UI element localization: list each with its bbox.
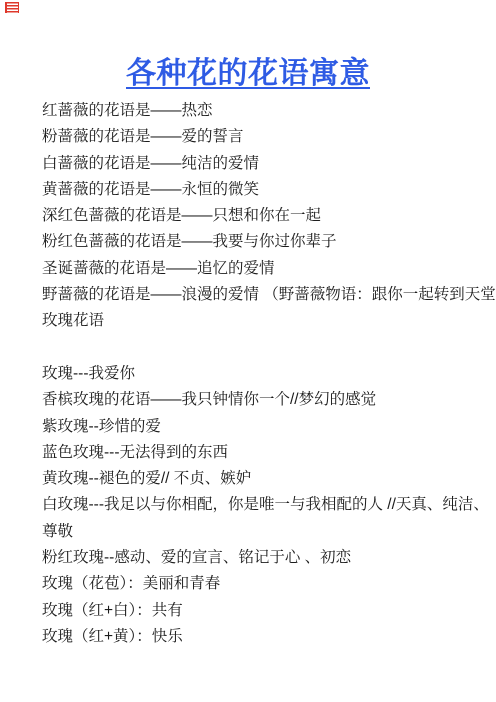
text-line: 黄玫瑰--褪色的爱// 不贞、嫉妒 [42, 466, 476, 492]
text-line: 圣诞蔷薇的花语是——追忆的爱情 [42, 256, 476, 282]
red-corner-mark-icon [5, 2, 19, 13]
text-line: 尊敬 [42, 519, 476, 545]
text-line: 深红色蔷薇的花语是——只想和你在一起 [42, 203, 476, 229]
text-line: 玫瑰（红+黄）：快乐 [42, 624, 476, 650]
text-line: 蓝色玫瑰---无法得到的东西 [42, 440, 476, 466]
text-line: 白玫瑰---我足以与你相配，你是唯一与我相配的人 //天真、纯洁、 [42, 492, 476, 518]
text-line: 香槟玫瑰的花语——我只钟情你一个//梦幻的感觉 [42, 387, 476, 413]
document-page: 各种花的花语寓意 红蔷薇的花语是——热恋粉蔷薇的花语是——爱的誓言白蔷薇的花语是… [0, 0, 496, 702]
text-line: 粉红玫瑰--感动、爱的宣言、铭记于心 、初恋 [42, 545, 476, 571]
text-line: 黄蔷薇的花语是——永恒的微笑 [42, 177, 476, 203]
text-line: 玫瑰花语 [42, 308, 476, 334]
text-line [42, 335, 476, 361]
flower-meaning-list: 红蔷薇的花语是——热恋粉蔷薇的花语是——爱的誓言白蔷薇的花语是——纯洁的爱情黄蔷… [42, 98, 476, 650]
text-line: 玫瑰---我爱你 [42, 361, 476, 387]
text-line: 白蔷薇的花语是——纯洁的爱情 [42, 151, 476, 177]
page-title: 各种花的花语寓意 [0, 55, 496, 93]
text-line: 红蔷薇的花语是——热恋 [42, 98, 476, 124]
text-line: 野蔷薇的花语是——浪漫的爱情 （野蔷薇物语：跟你一起转到天堂去） [42, 282, 476, 308]
text-line: 玫瑰（红+白）：共有 [42, 598, 476, 624]
text-line: 粉蔷薇的花语是——爱的誓言 [42, 124, 476, 150]
text-line: 紫玫瑰--珍惜的爱 [42, 414, 476, 440]
text-line: 粉红色蔷薇的花语是——我要与你过你辈子 [42, 229, 476, 255]
text-line: 玫瑰（花苞）：美丽和青春 [42, 571, 476, 597]
